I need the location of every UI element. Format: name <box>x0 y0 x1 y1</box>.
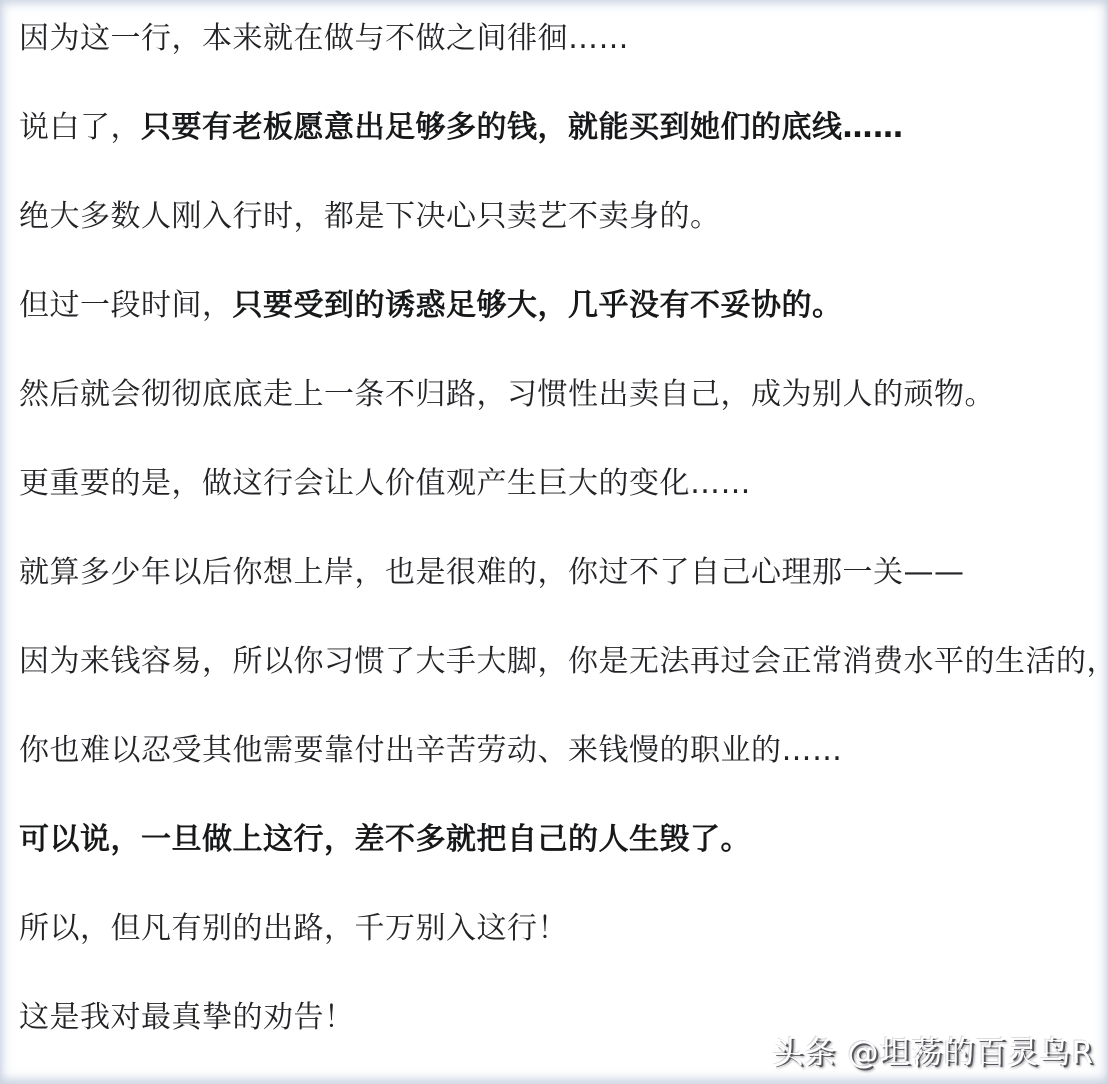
paragraph-text: 你也难以忍受其他需要靠付出辛苦劳动、来钱慢的职业的…… <box>19 733 843 768</box>
article-page: 因为这一行，本来就在做与不做之间徘徊…… 说白了，只要有老板愿意出足够多的钱，就… <box>0 0 1108 1084</box>
paragraph-text: 绝大多数人刚入行时，都是下决心只卖艺不卖身的。 <box>19 199 721 234</box>
paragraph-10: 可以说，一旦做上这行，差不多就把自己的人生毁了。 <box>19 823 1100 856</box>
paragraph-7: 就算多少年以后你想上岸，也是很难的，你过不了自己心理那一关—— <box>19 556 1100 589</box>
article-body: 因为这一行，本来就在做与不做之间徘徊…… 说白了，只要有老板愿意出足够多的钱，就… <box>0 0 1108 1034</box>
paragraph-text-bold: 只要有老板愿意出足够多的钱，就能买到她们的底线…… <box>141 110 904 145</box>
paragraph-text: 更重要的是，做这行会让人价值观产生巨大的变化…… <box>19 466 751 501</box>
paragraph-text: 就算多少年以后你想上岸，也是很难的，你过不了自己心理那一关—— <box>19 555 965 590</box>
paragraph-text: 说白了， <box>19 110 141 145</box>
paragraph-text-bold: 只要受到的诱惑足够大，几乎没有不妥协的。 <box>233 288 843 323</box>
paragraph-4: 但过一段时间，只要受到的诱惑足够大，几乎没有不妥协的。 <box>19 289 1100 322</box>
paragraph-text: 然后就会彻彻底底走上一条不归路，习惯性出卖自己，成为别人的顽物。 <box>19 377 995 412</box>
paragraph-text: 所以，但凡有别的出路，千万别入这行！ <box>19 911 568 946</box>
paragraph-text: 这是我对最真挚的劝告！ <box>19 1000 355 1035</box>
paragraph-6: 更重要的是，做这行会让人价值观产生巨大的变化…… <box>19 467 1100 500</box>
paragraph-3: 绝大多数人刚入行时，都是下决心只卖艺不卖身的。 <box>19 200 1100 233</box>
paragraph-text: 但过一段时间， <box>19 288 233 323</box>
paragraph-text: 因为这一行，本来就在做与不做之间徘徊…… <box>19 21 629 56</box>
paragraph-1: 因为这一行，本来就在做与不做之间徘徊…… <box>19 22 1100 55</box>
paragraph-text-bold: 可以说，一旦做上这行，差不多就把自己的人生毁了。 <box>19 822 751 857</box>
paragraph-11: 所以，但凡有别的出路，千万别入这行！ <box>19 912 1100 945</box>
paragraph-5: 然后就会彻彻底底走上一条不归路，习惯性出卖自己，成为别人的顽物。 <box>19 378 1100 411</box>
paragraph-8: 因为来钱容易，所以你习惯了大手大脚，你是无法再过会正常消费水平的生活的， <box>19 645 1100 678</box>
watermark: 头条 @坦荡的百灵鸟R <box>773 1036 1094 1070</box>
paragraph-text: 因为来钱容易，所以你习惯了大手大脚，你是无法再过会正常消费水平的生活的， <box>19 644 1108 679</box>
paragraph-12: 这是我对最真挚的劝告！ <box>19 1001 1100 1034</box>
paragraph-2: 说白了，只要有老板愿意出足够多的钱，就能买到她们的底线…… <box>19 111 1100 144</box>
paragraph-9: 你也难以忍受其他需要靠付出辛苦劳动、来钱慢的职业的…… <box>19 734 1100 767</box>
watermark-text: 头条 @坦荡的百灵鸟R <box>773 1035 1094 1071</box>
